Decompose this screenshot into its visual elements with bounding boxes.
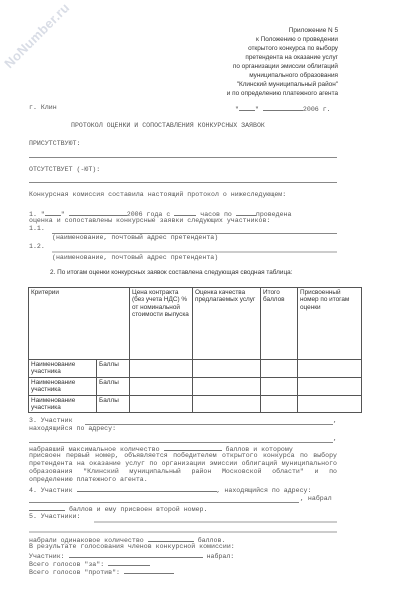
rank-cell[interactable] — [298, 377, 362, 395]
quality-cell[interactable] — [193, 395, 261, 413]
section4-participant-field[interactable] — [77, 485, 217, 492]
rank-cell[interactable] — [298, 360, 362, 378]
section4-label: 4. Участник — [29, 487, 73, 494]
section3-score-field[interactable] — [164, 444, 222, 451]
votes-against-line: Всего голосов "против": — [29, 567, 174, 576]
section1-line2: оценка и сопоставлены конкурсные заявки … — [29, 217, 270, 224]
total-cell[interactable] — [261, 395, 298, 413]
page-title: ПРОТОКОЛ ОЦЕНКИ И СОПОСТАВЛЕНИЯ КОНКУРСН… — [71, 122, 265, 129]
appendix-header: Приложение N 5 к Положению о проведении … — [227, 26, 338, 98]
score-label-cell: Баллы — [97, 377, 130, 395]
section4-score-field[interactable] — [29, 504, 65, 511]
absent-label: ОТСУТСТВУЕТ (-ЮТ): — [29, 166, 100, 173]
table-row: Наименование участника Баллы — [29, 360, 362, 378]
votes-against-label: Всего голосов "против": — [29, 569, 120, 576]
quote-close: " — [255, 106, 259, 113]
comma: , — [333, 417, 337, 424]
header-criteria: Критерии — [29, 288, 130, 360]
total-cell[interactable] — [261, 360, 298, 378]
day-field[interactable] — [239, 104, 255, 111]
item-1-1-number: 1.1. — [29, 225, 45, 232]
item-1-1-caption: (наименование, почтовый адрес претендент… — [52, 234, 218, 241]
item-1-2-field[interactable] — [52, 251, 337, 253]
section4-tail: баллов и ему присвоен второй номер. — [69, 506, 208, 513]
section5-score-field[interactable] — [148, 535, 194, 542]
appendix-line: открытого конкурса по выбору — [227, 44, 338, 53]
participant-name-cell: Наименование участника — [29, 377, 97, 395]
intro-text: Конкурсная комиссия составила настоящий … — [29, 191, 286, 198]
rank-cell[interactable] — [298, 395, 362, 413]
section2-heading: 2. По итогам оценки конкурсных заявок со… — [50, 269, 292, 276]
vote-participant-field[interactable] — [69, 551, 203, 558]
present-line[interactable] — [29, 157, 337, 158]
scored-label: набрал: — [207, 553, 235, 560]
section4-address-field[interactable] — [29, 502, 299, 503]
watermark: NoNumber.ru — [1, 0, 72, 71]
appendix-line: претендента на оказание услуг — [227, 53, 338, 62]
appendix-line: "Клинский муниципальный район" — [227, 80, 338, 89]
comma: , — [333, 435, 337, 442]
summary-table: Критерии Цена контракта (без учета НДС) … — [28, 287, 362, 413]
price-cell[interactable] — [130, 377, 193, 395]
table-header-row: Критерии Цена контракта (без учета НДС) … — [29, 288, 362, 360]
table-row: Наименование участника Баллы — [29, 377, 362, 395]
section5-label: 5. Участники: — [29, 513, 80, 520]
item-1-2-caption: (наименование, почтовый адрес претендент… — [52, 254, 218, 261]
section4-tail-line: баллов и ему присвоен второй номер. — [29, 504, 207, 513]
section3-address-label: находящийся по адресу: — [29, 425, 116, 432]
section3-participant-field[interactable] — [85, 424, 333, 425]
section5-participants-field-2[interactable] — [29, 531, 337, 533]
appendix-line: и по определению платежного агента — [227, 89, 338, 98]
section4-scored: , набрал — [300, 495, 332, 502]
quality-cell[interactable] — [193, 360, 261, 378]
score-label-cell: Баллы — [97, 395, 130, 413]
item-1-2-number: 1.2. — [29, 243, 45, 250]
header-price: Цена контракта (без учета НДС) % от номи… — [130, 288, 193, 360]
document-date: "" 2006 г. — [235, 104, 331, 113]
section1-to-hours-field[interactable] — [236, 209, 256, 216]
table-row: Наименование участника Баллы — [29, 395, 362, 413]
participant-name-cell: Наименование участника — [29, 395, 97, 413]
votes-against-field[interactable] — [124, 567, 174, 574]
present-label: ПРИСУТСТВУЮТ: — [29, 140, 80, 147]
year-text: 2006 г. — [303, 106, 331, 113]
appendix-line: Приложение N 5 — [227, 26, 338, 35]
appendix-line: муниципального образования — [227, 71, 338, 80]
price-cell[interactable] — [130, 360, 193, 378]
section3-label: 3. Участник — [29, 417, 73, 424]
section1-from-hours-field[interactable] — [174, 209, 196, 216]
votes-for-field[interactable] — [108, 559, 150, 566]
section1-day-field[interactable] — [45, 209, 61, 216]
appendix-line: к Положению о проведении — [227, 35, 338, 44]
score-label-cell: Баллы — [97, 360, 130, 378]
section4-address-text: , находящийся по адресу: — [217, 487, 312, 494]
header-rank: Присвоенный номер по итогам оценки — [298, 288, 362, 360]
section3-body: присвоен первый номер, объявляется побед… — [29, 452, 337, 484]
month-field[interactable] — [263, 104, 303, 111]
appendix-line: по организации эмиссии облигаций — [227, 62, 338, 71]
section3-address-field[interactable] — [29, 442, 333, 443]
header-quality: Оценка качества предлагаемых услуг — [193, 288, 261, 360]
section4-line1: 4. Участник , находящийся по адресу: — [29, 485, 311, 494]
header-total: Итого баллов — [261, 288, 298, 360]
total-cell[interactable] — [261, 377, 298, 395]
section5-participants-field[interactable] — [94, 521, 337, 523]
city: г. Клин — [29, 104, 57, 111]
quality-cell[interactable] — [193, 377, 261, 395]
absent-line[interactable] — [29, 182, 337, 183]
section1-month-field[interactable] — [69, 209, 127, 216]
price-cell[interactable] — [130, 395, 193, 413]
vote-result-text: В результате голосования членов конкурсн… — [29, 543, 235, 550]
participant-name-cell: Наименование участника — [29, 360, 97, 378]
